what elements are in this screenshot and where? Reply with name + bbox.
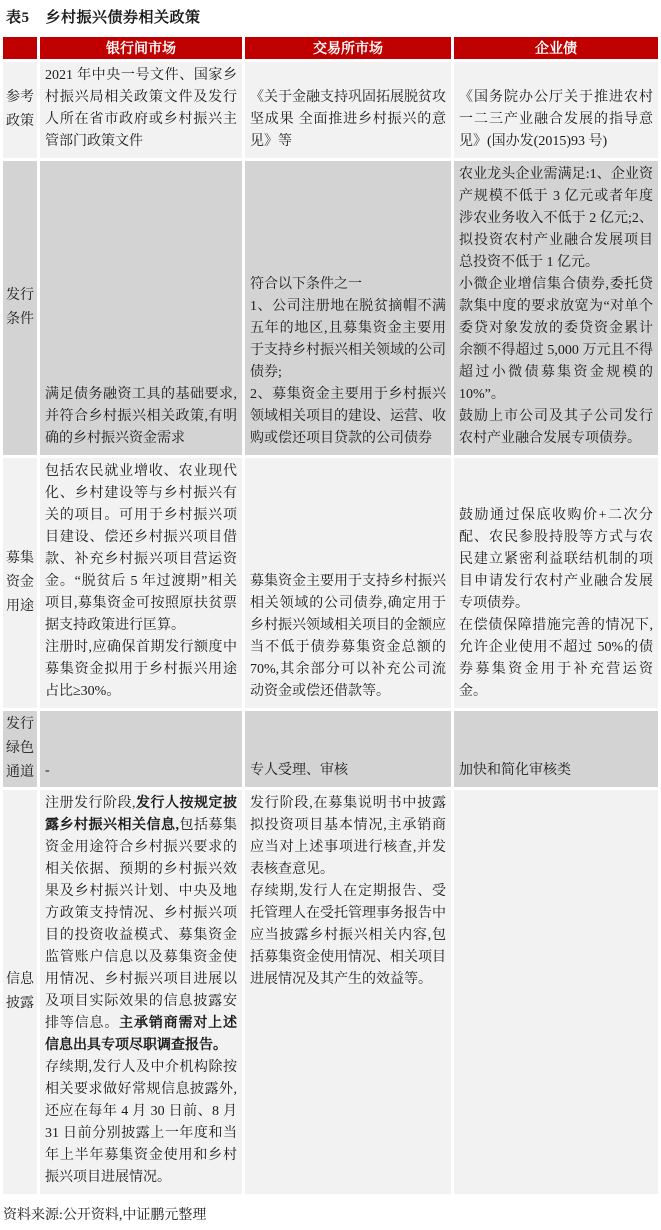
row-label: 发行绿色通道	[3, 711, 37, 787]
table-title: 表5乡村振兴债券相关政策	[0, 0, 661, 34]
table-cell: 农业龙头企业需满足:1、企业资产规模不低于 3 亿元或者年度涉农业务收入不低于 …	[454, 161, 658, 455]
table-title-text: 乡村振兴债券相关政策	[46, 10, 201, 26]
header-row: 银行间市场 交易所市场 企业债	[3, 37, 658, 59]
table-cell: 满足债务融资工具的基础要求,并符合乡村振兴相关政策,有明确的乡村振兴资金需求	[40, 161, 242, 455]
table-row: 信息披露注册发行阶段,发行人按规定披露乡村振兴相关信息,包括募集资金用途符合乡村…	[3, 790, 658, 1194]
source-note: 资料来源:公开资料,中证鹏元整理	[0, 1197, 661, 1230]
header-cell-enterprise-bond: 企业债	[454, 37, 658, 59]
header-cell-interbank-market: 银行间市场	[40, 37, 242, 59]
table-cell: 鼓励通过保底收购价+二次分配、农民参股持股等方式与农民建立紧密利益联结机制的项目…	[454, 458, 658, 708]
table-cell: 加快和简化审核类	[454, 711, 658, 787]
table-cell: 发行阶段,在募集说明书中披露拟投资项目基本情况,主承销商应当对上述事项进行核查,…	[245, 790, 451, 1194]
table-row: 发行条件满足债务融资工具的基础要求,并符合乡村振兴相关政策,有明确的乡村振兴资金…	[3, 161, 658, 455]
table-row: 发行绿色通道-专人受理、审核加快和简化审核类	[3, 711, 658, 787]
row-label: 发行条件	[3, 161, 37, 455]
policy-table-body: 参考政策2021 年中央一号文件、国家乡村振兴局相关政策文件及发行人所在省市政府…	[3, 62, 658, 1194]
row-label: 参考政策	[3, 62, 37, 158]
table-cell: -	[40, 711, 242, 787]
header-cell-empty	[3, 37, 37, 59]
table-row: 参考政策2021 年中央一号文件、国家乡村振兴局相关政策文件及发行人所在省市政府…	[3, 62, 658, 158]
table-cell: 专人受理、审核	[245, 711, 451, 787]
table-row: 募集资金用途包括农民就业增收、农业现代化、乡村建设等与乡村振兴有关的项目。可用于…	[3, 458, 658, 708]
table-cell	[454, 790, 658, 1194]
table-cell: 注册发行阶段,发行人按规定披露乡村振兴相关信息,包括募集资金用途符合乡村振兴要求…	[40, 790, 242, 1194]
table-cell: 募集资金主要用于支持乡村振兴相关领域的公司债券,确定用于乡村振兴领域相关项目的金…	[245, 458, 451, 708]
table-cell: 符合以下条件之一1、公司注册地在脱贫摘帽不满五年的地区,且募集资金主要用于支持乡…	[245, 161, 451, 455]
row-label: 信息披露	[3, 790, 37, 1194]
row-label: 募集资金用途	[3, 458, 37, 708]
document-page: 表5乡村振兴债券相关政策 银行间市场 交易所市场 企业债 参考政策2021 年中…	[0, 0, 661, 1230]
table-cell: 2021 年中央一号文件、国家乡村振兴局相关政策文件及发行人所在省市政府或乡村振…	[40, 62, 242, 158]
table-cell: 《国务院办公厅关于推进农村一二三产业融合发展的指导意见》(国办发(2015)93…	[454, 62, 658, 158]
table-cell: 包括农民就业增收、农业现代化、乡村建设等与乡村振兴有关的项目。可用于乡村振兴项目…	[40, 458, 242, 708]
header-cell-exchange-market: 交易所市场	[245, 37, 451, 59]
policy-table: 银行间市场 交易所市场 企业债 参考政策2021 年中央一号文件、国家乡村振兴局…	[0, 34, 661, 1197]
table-cell: 《关于金融支持巩固拓展脱贫攻坚成果 全面推进乡村振兴的意见》等	[245, 62, 451, 158]
table-number: 表5	[6, 10, 30, 26]
